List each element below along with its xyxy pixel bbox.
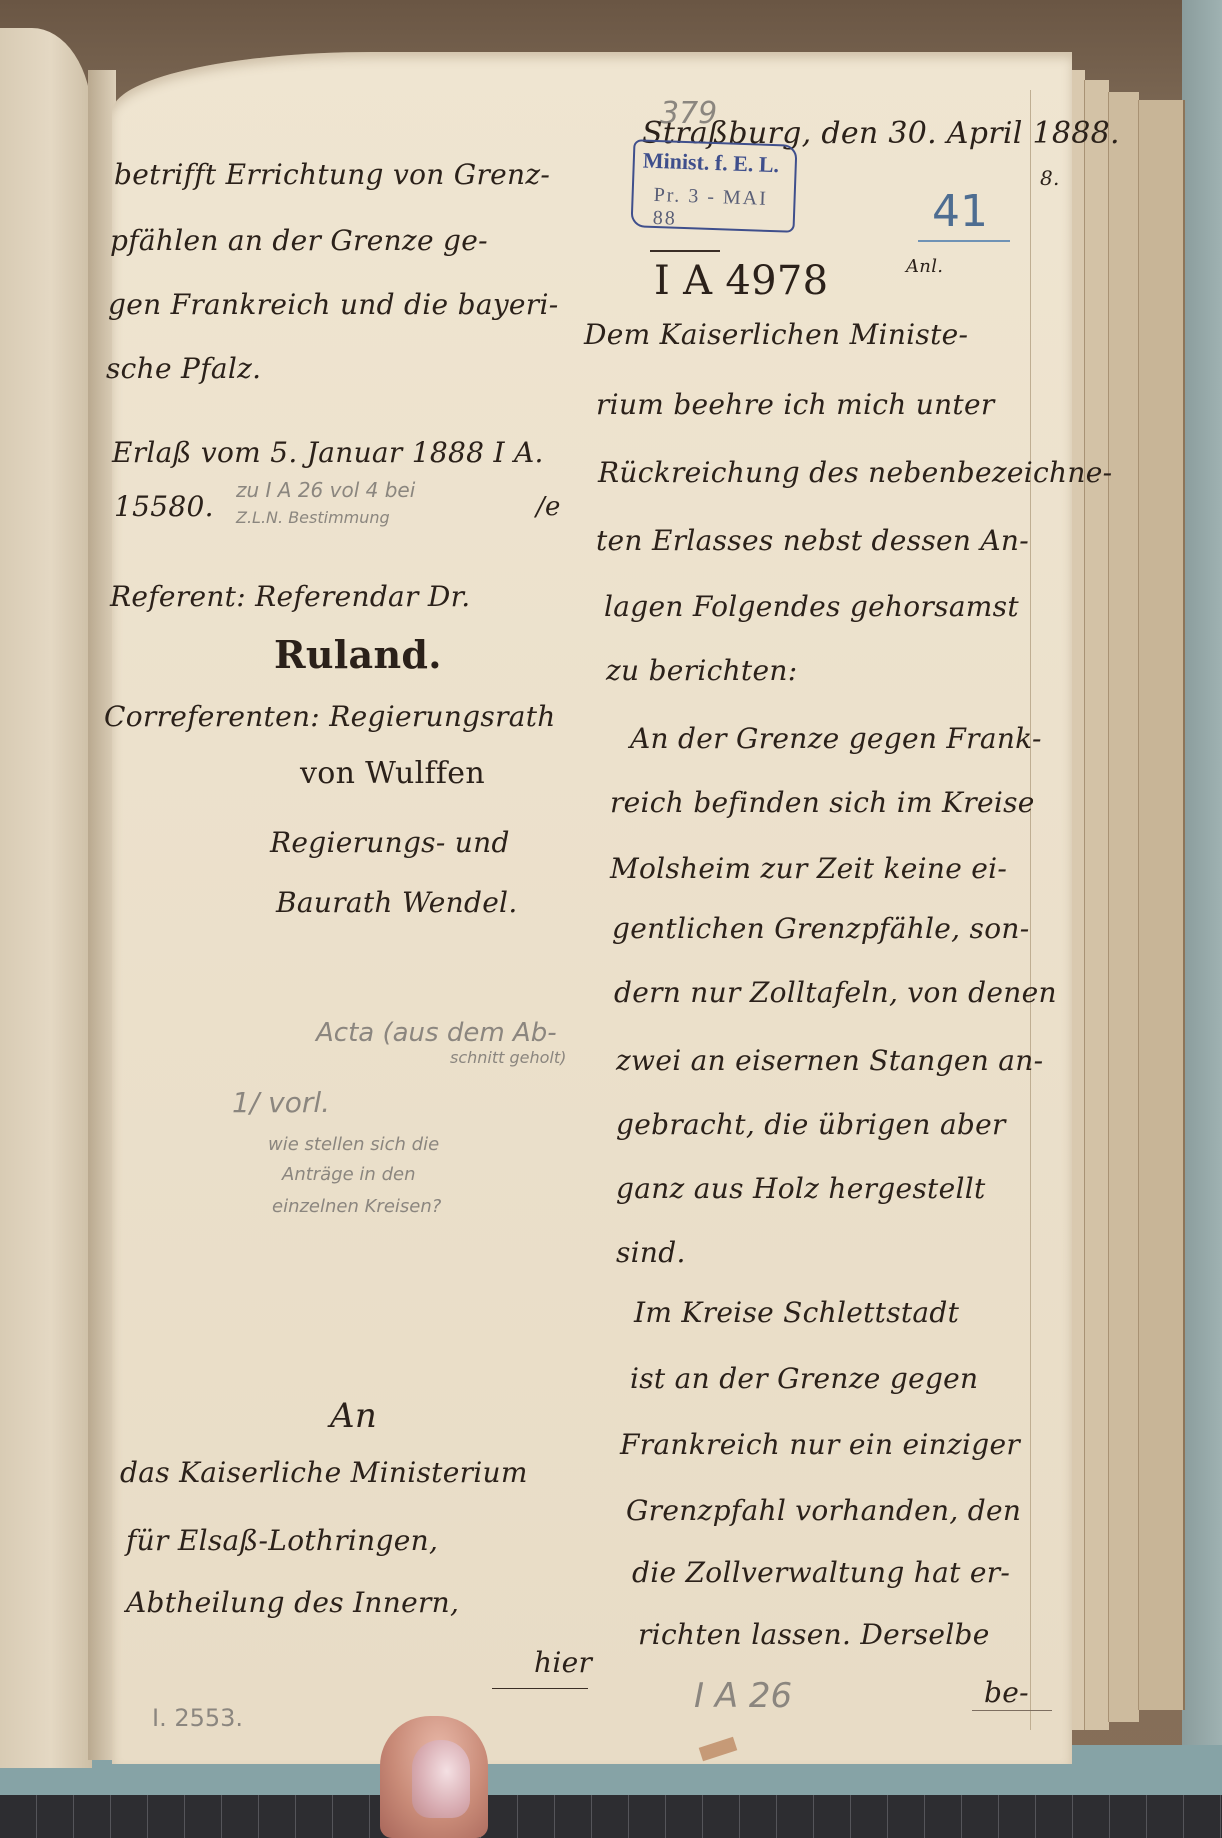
cutting-mat: [0, 1795, 1222, 1838]
subject-line: sche Pfalz.: [106, 352, 261, 385]
correferenten-line: Regierungs- und: [270, 826, 510, 859]
stamp-line-2: Pr. 3 - MAI 88: [652, 184, 794, 235]
footer-signature-number: I. 2553.: [152, 1704, 243, 1732]
address-line: für Elsaß-Lothringen,: [126, 1524, 438, 1557]
address-hier: hier: [534, 1646, 592, 1679]
page-edge: [1108, 92, 1139, 1722]
body-line: gentlichen Grenzpfähle, son-: [612, 912, 1029, 945]
stamp-line-1: Minist. f. E. L.: [642, 148, 779, 179]
correferenten-line: Correferenten: Regierungsrath: [104, 700, 556, 733]
folio-number: 41: [932, 186, 988, 237]
catchword-underline: [972, 1710, 1052, 1711]
address-line: das Kaiserliche Ministerium: [120, 1456, 528, 1489]
receipt-stamp: Minist. f. E. L. Pr. 3 - MAI 88: [631, 139, 798, 233]
body-line: ist an der Grenze gegen: [630, 1362, 978, 1395]
body-line: zwei an eisernen Stangen an-: [616, 1044, 1043, 1077]
body-line: Molsheim zur Zeit keine ei-: [610, 852, 1007, 885]
cloth-support-right: [1182, 0, 1222, 1838]
pencil-note: einzelnen Kreisen?: [272, 1196, 441, 1217]
body-line: Frankreich nur ein einziger: [620, 1428, 1020, 1461]
body-line: Grenzpfahl vorhanden, den: [626, 1494, 1021, 1527]
register-number: I A 4978: [654, 258, 828, 304]
hier-underline: [492, 1688, 588, 1689]
margin-mark: 8.: [1040, 166, 1060, 190]
body-line: An der Grenze gegen Frank-: [630, 722, 1042, 755]
pencil-reference-note: Z.L.N. Bestimmung: [236, 508, 390, 527]
body-line: gebracht, die übrigen aber: [616, 1108, 1006, 1141]
body-line: reich befinden sich im Kreise: [610, 786, 1035, 819]
page-margin-rule: [1030, 90, 1031, 1730]
referent-label: Referent: Referendar Dr.: [110, 580, 471, 613]
body-line: lagen Folgendes gehorsamst: [604, 590, 1019, 623]
folio-underline: [918, 240, 1010, 242]
subject-line: gen Frankreich und die bayeri-: [108, 288, 559, 321]
body-line: sind.: [616, 1236, 686, 1269]
body-line: ganz aus Holz hergestellt: [616, 1172, 986, 1205]
reference-line-1: Erlaß vom 5. Januar 1888 I A.: [112, 436, 544, 469]
body-line: ten Erlasses nebst dessen An-: [596, 524, 1029, 557]
correferenten-line: Baurath Wendel.: [276, 886, 518, 919]
referent-name: Ruland.: [274, 632, 442, 677]
pencil-reference-note: zu I A 26 vol 4 bei: [236, 478, 415, 502]
pencil-note: Anträge in den: [282, 1164, 415, 1185]
body-line: zu berichten:: [606, 654, 797, 687]
body-line: richten lassen. Derselbe: [638, 1618, 990, 1651]
page-edge: [1084, 80, 1109, 1730]
footer-file-number: I A 26: [694, 1676, 792, 1716]
body-line: die Zollverwaltung hat er-: [632, 1556, 1010, 1589]
fingernail: [412, 1740, 470, 1818]
address-an: An: [330, 1396, 377, 1436]
body-line: rium beehre ich mich unter: [596, 388, 995, 421]
pencil-note: Acta (aus dem Ab-: [316, 1018, 557, 1048]
catchword: be-: [984, 1676, 1029, 1709]
body-line: Dem Kaiserlichen Ministe-: [584, 318, 968, 351]
pencil-note: schnitt geholt): [450, 1048, 566, 1067]
pencil-note: wie stellen sich die: [268, 1134, 439, 1155]
reference-line-2: 15580.: [114, 490, 214, 523]
page-edge: [1138, 100, 1185, 1710]
register-overline: [650, 250, 720, 252]
subject-line: pfählen an der Grenze ge-: [110, 224, 488, 257]
body-line: dern nur Zolltafeln, von denen: [614, 976, 1057, 1009]
correferenten-line: von Wulffen: [300, 756, 485, 791]
subject-line: betrifft Errichtung von Grenz-: [114, 158, 550, 191]
register-suffix: Anl.: [906, 256, 943, 277]
body-line: Im Kreise Schlettstadt: [634, 1296, 959, 1329]
reference-mark: /e: [536, 492, 561, 522]
left-page: [0, 28, 92, 1768]
address-line: Abtheilung des Innern,: [126, 1586, 459, 1619]
pencil-note: 1/ vorl.: [232, 1086, 330, 1119]
body-line: Rückreichung des nebenbezeichne-: [598, 456, 1112, 489]
